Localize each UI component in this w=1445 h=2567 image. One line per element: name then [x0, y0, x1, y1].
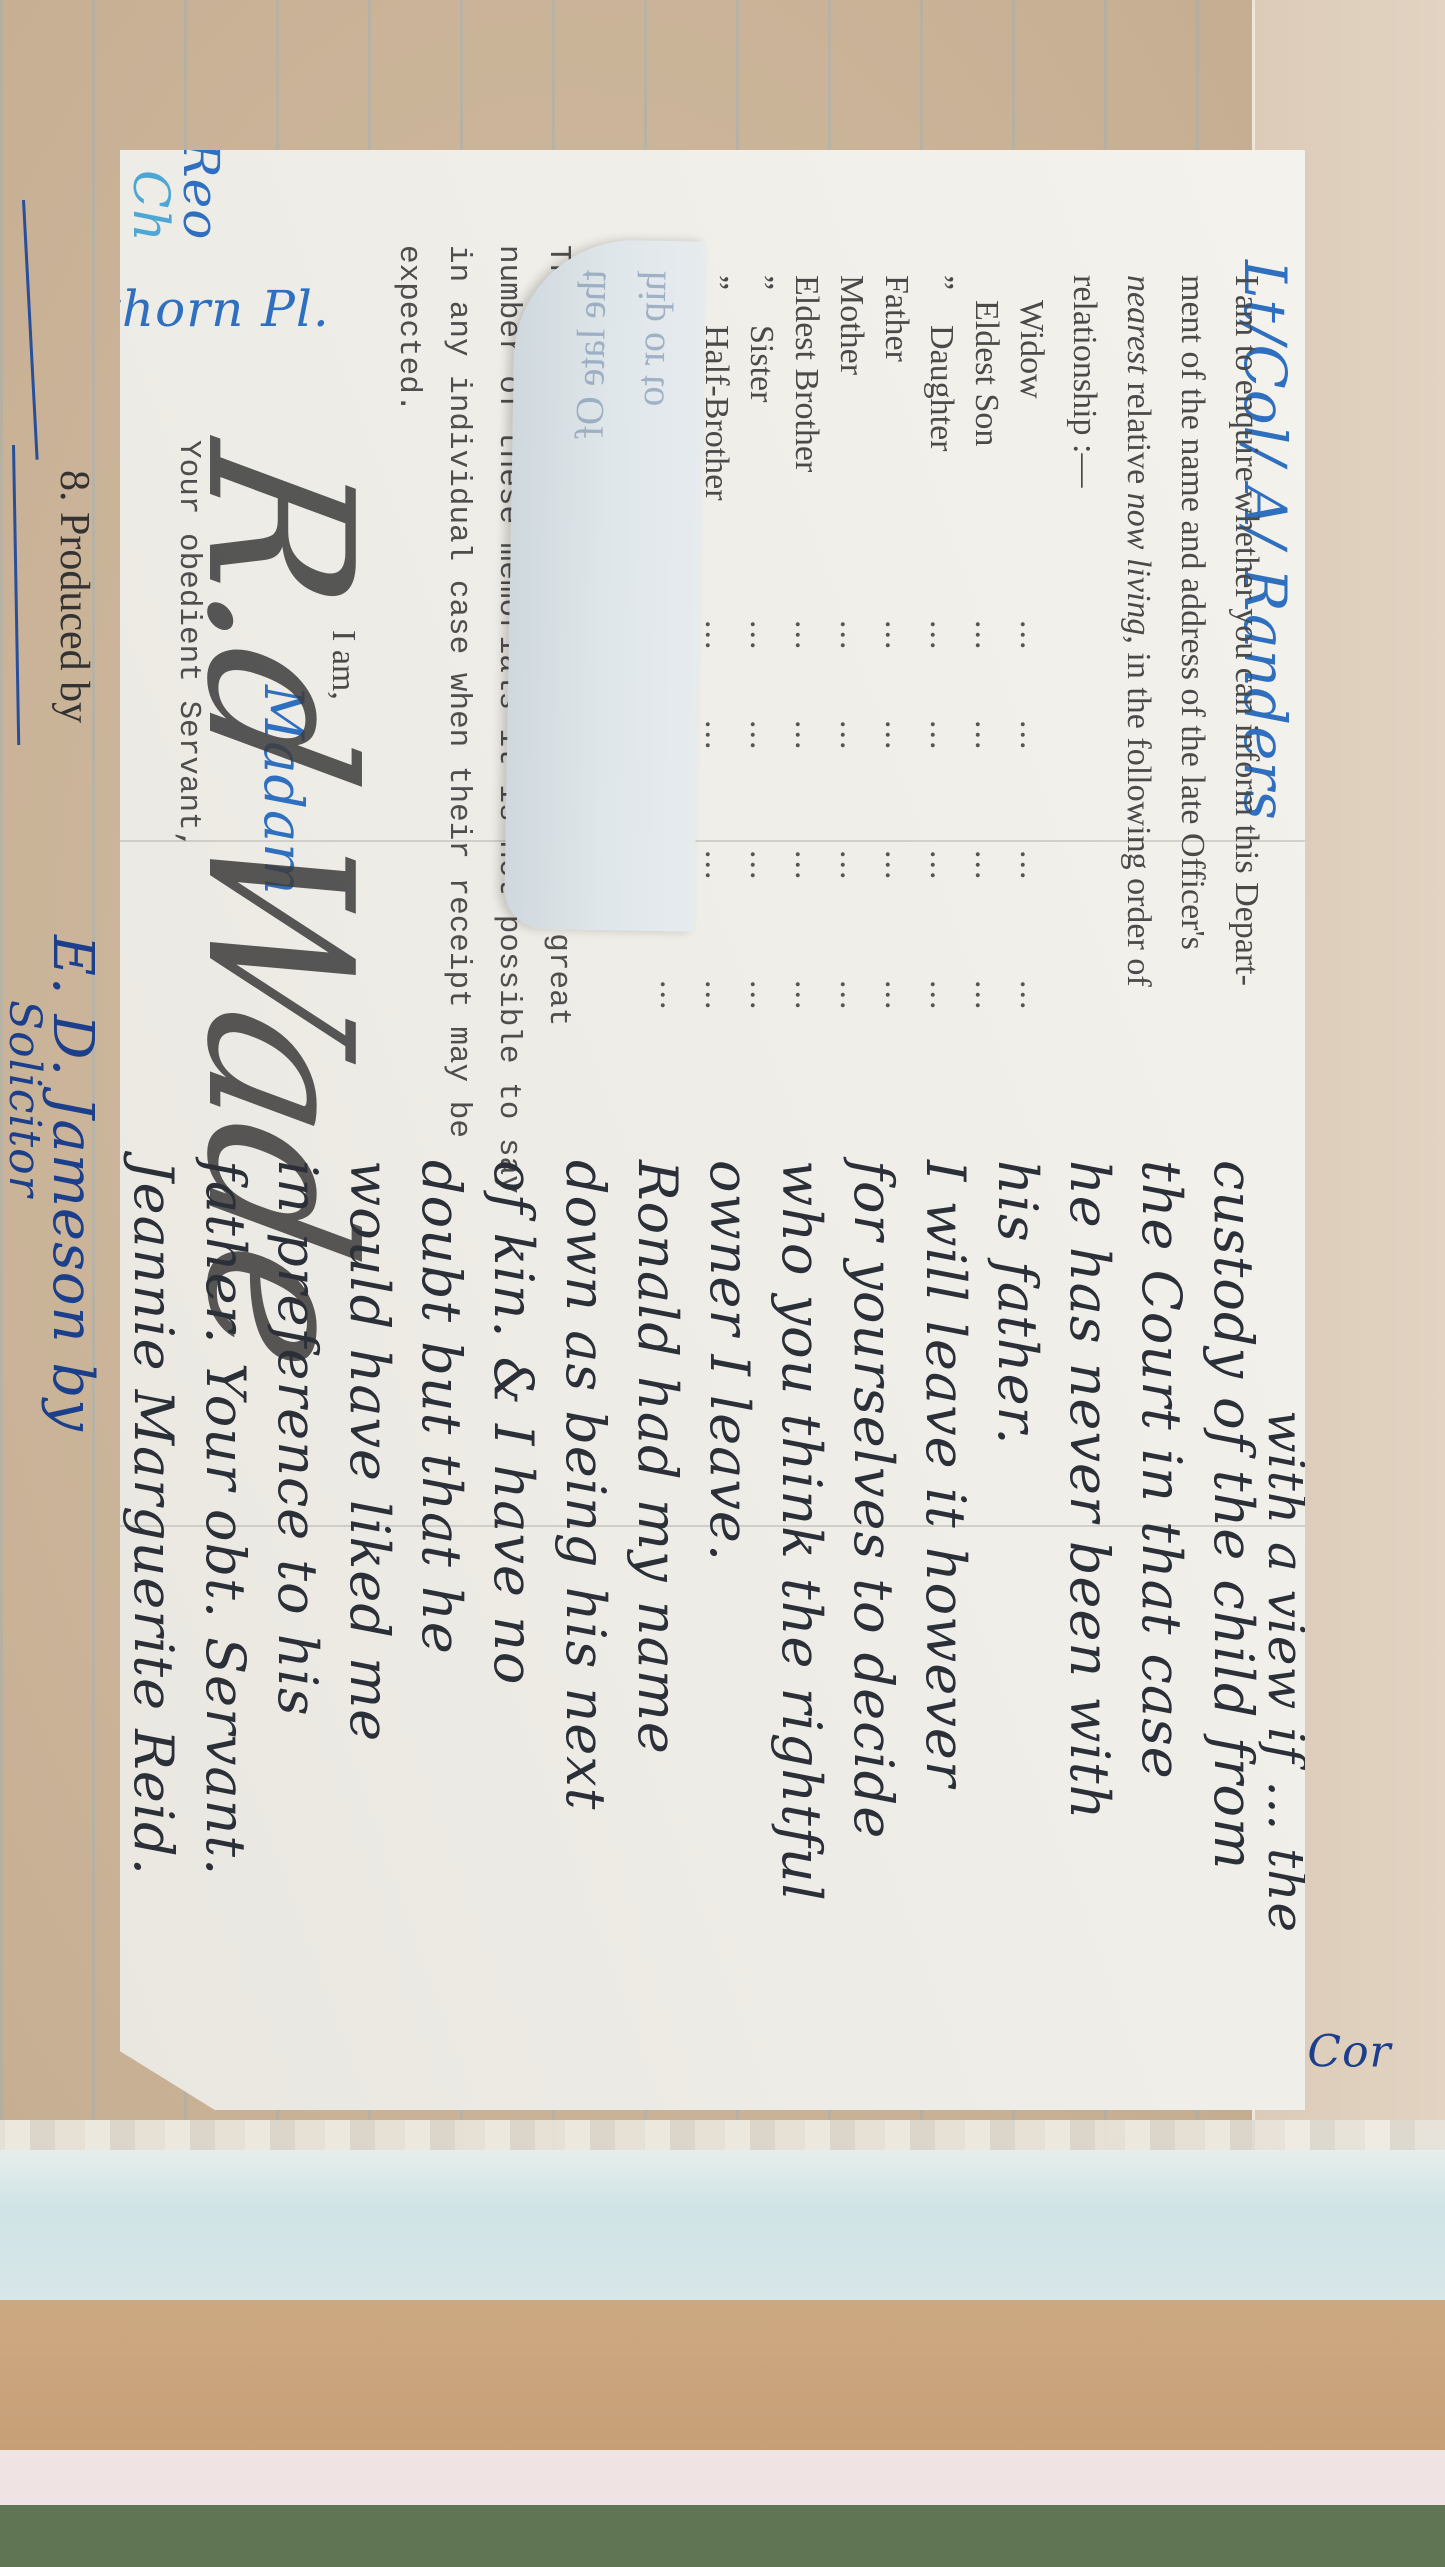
dot-leader: ... [877, 620, 915, 652]
handwritten-reply-line: father. Your obt. Servant. [194, 1160, 257, 1876]
letter-sheet: with a view if ... the Lt/Col/ A/ Rander… [120, 150, 1305, 2110]
handwritten-reply-line: would have liked me [338, 1160, 401, 1742]
margin-note-cor: Cor [1307, 2027, 1391, 2078]
handwritten-reply-line: of kin. & I have no [482, 1160, 545, 1685]
handwritten-reply-line: doubt but that he [410, 1160, 473, 1655]
relative-label: Sister [742, 325, 780, 402]
dot-leader: ... [742, 850, 780, 882]
dot-leader: ... [697, 620, 735, 652]
dot-leader: ... [742, 620, 780, 652]
dot-leader: ... [697, 980, 735, 1012]
relative-label: Eldest Brother [787, 275, 825, 472]
dot-leader: ... [1012, 620, 1050, 652]
council-note-line-4: expected. [381, 245, 435, 412]
handwritten-reply-line: down as being his next [554, 1160, 617, 1810]
curled-slip: hip or to the late Of [504, 238, 706, 931]
council-note-line-3: in any individual case when their receip… [431, 245, 485, 1138]
dot-leader: ... [832, 850, 870, 882]
teal-board-strip [0, 2150, 1445, 2300]
relative-label: Mother [832, 275, 870, 375]
handwritten-reply-line: I will leave it however [914, 1160, 977, 1788]
dot-leader: ... [877, 980, 915, 1012]
dot-leader: ... [922, 850, 960, 882]
dot-leader: ... [967, 620, 1005, 652]
handwritten-reply-line: owner I leave. [698, 1160, 761, 1562]
dot-leader: ... [877, 720, 915, 752]
relative-label: Eldest Son [967, 300, 1005, 446]
intro-line-4: relationship :— [1057, 275, 1111, 487]
blue-initials: Ch [122, 170, 180, 242]
handwritten-role: Solicitor [0, 1000, 50, 1198]
handwritten-reply-line: Ronald had my name [626, 1160, 689, 1755]
pink-board-edge [0, 2450, 1445, 2505]
dot-leader: ... [1012, 720, 1050, 752]
relative-label: Widow [1012, 300, 1050, 399]
kraft-board-strip [0, 2300, 1445, 2450]
dot-leader: ... [697, 850, 735, 882]
handwritten-reply-line: his father. [986, 1160, 1049, 1446]
dot-leader: ... [922, 980, 960, 1012]
dot-leader: ... [787, 850, 825, 882]
dot-leader: ... [922, 720, 960, 752]
handwritten-reply-line: who you think the rightful [770, 1160, 833, 1902]
dot-leader: ... [652, 980, 690, 1012]
document-canvas: 8. Produced by E. D. Jameson by Solicito… [0, 0, 1445, 2567]
dot-leader: ... [742, 720, 780, 752]
relative-label: Father [877, 275, 915, 362]
dot-leader: ... [832, 720, 870, 752]
relative-label: Daughter [922, 325, 960, 452]
handwritten-reply-line: he has never been with [1058, 1160, 1121, 1820]
ditto-mark: ” [742, 275, 780, 290]
dot-leader: ... [967, 850, 1005, 882]
handwritten-reply-line: Jeannie Marguerite Reid. [122, 1160, 185, 1876]
handwritten-reply-line: custody of the child from [1202, 1160, 1265, 1870]
handwritten-reply-line: for yourselves to decide [842, 1160, 905, 1839]
dot-leader: ... [1012, 980, 1050, 1012]
dot-leader: ... [967, 720, 1005, 752]
italic-now-living: now living [1120, 493, 1157, 636]
dot-leader: ... [967, 980, 1005, 1012]
dot-leader: ... [1012, 850, 1050, 882]
dot-leader: ... [742, 980, 780, 1012]
dot-leader: ... [832, 980, 870, 1012]
ditto-mark: ” [922, 275, 960, 290]
recipient-reo: Reo [172, 140, 230, 240]
dot-leader: ... [877, 850, 915, 882]
dot-leader: ... [922, 620, 960, 652]
dot-leader: ... [787, 620, 825, 652]
curled-slip-text-1: hip or to [626, 270, 675, 406]
curled-slip-text-2: the late Of [566, 269, 616, 439]
italic-nearest: nearest [1120, 275, 1157, 374]
dot-leader: ... [832, 620, 870, 652]
dot-leader: ... [697, 720, 735, 752]
handwritten-reply-line: in preference to his [266, 1160, 329, 1717]
intro-line-2: ment of the name and address of the late… [1165, 275, 1219, 950]
green-binding-cover [0, 2505, 1445, 2567]
intro-line-1: I am to enquire whether you can inform t… [1219, 275, 1273, 986]
produced-by-label: 8. Produced by [50, 470, 98, 723]
intro-line-3: nearest relative now living, in the foll… [1111, 275, 1165, 987]
dot-leader: ... [787, 980, 825, 1012]
dot-leader: ... [787, 720, 825, 752]
handwritten-reply-line: the Court in that case [1130, 1160, 1193, 1780]
